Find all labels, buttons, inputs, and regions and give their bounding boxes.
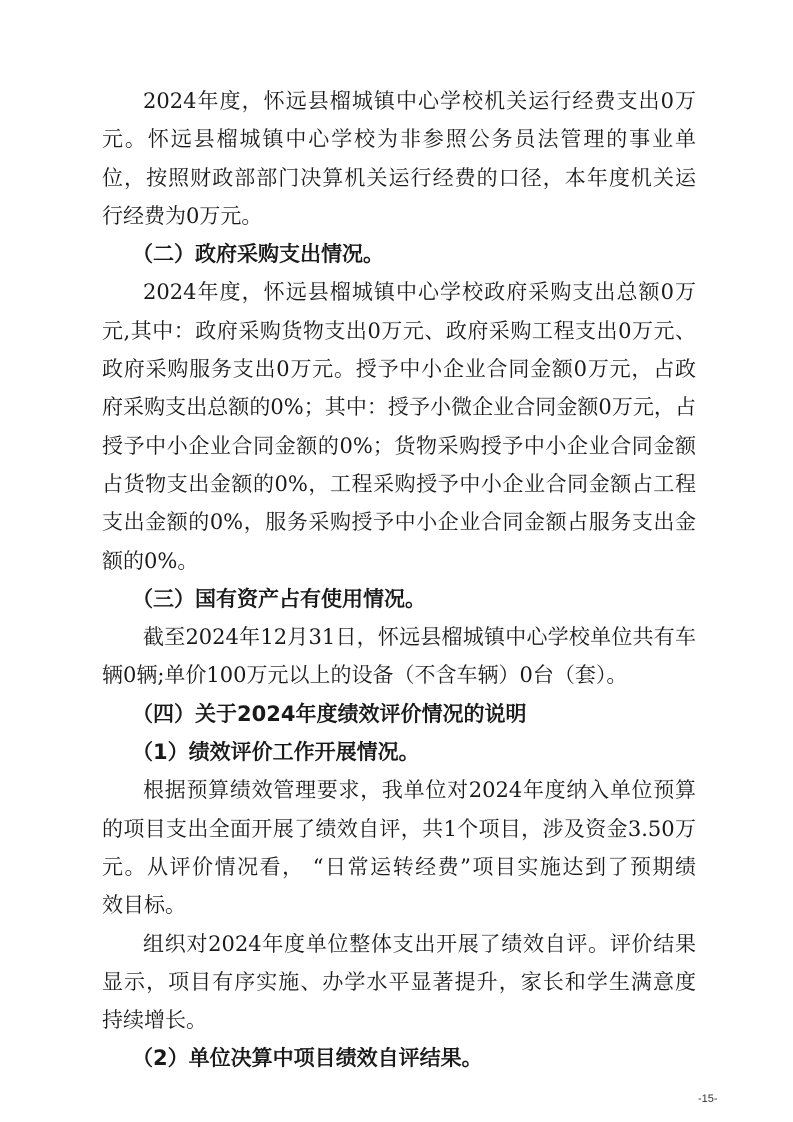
text-line: 持续增长。: [102, 1001, 696, 1039]
text-line: 根据预算绩效管理要求，我单位对2024年度纳入单位预算: [102, 771, 696, 809]
text-line: 占货物支出金额的0%，工程采购授予中小企业合同金额占工程: [102, 465, 696, 503]
text-line: 授予中小企业合同金额的0%；货物采购授予中小企业合同金额: [102, 427, 696, 465]
paragraph-procurement: 2024年度，怀远县榴城镇中心学校政府采购支出总额0万 元,其中：政府采购货物支…: [102, 273, 696, 579]
text-line: 政府采购服务支出0万元。授予中小企业合同金额0万元，占政: [102, 350, 696, 388]
paragraph-overall-evaluation: 组织对2024年度单位整体支出开展了绩效自评。评价结果 显示，项目有序实施、办学…: [102, 925, 696, 1040]
subsection-heading-self-evaluation-results: （2）单位决算中项目绩效自评结果。: [102, 1039, 696, 1077]
text-line: 行经费为0万元。: [102, 197, 696, 235]
text-line: 截至2024年12月31日，怀远县榴城镇中心学校单位共有车: [102, 618, 696, 656]
text-line: 元。从评价情况看， “日常运转经费”项目实施达到了预期绩: [102, 848, 696, 886]
text-line: 位，按照财政部部门决算机关运行经费的口径，本年度机关运: [102, 159, 696, 197]
section-heading-performance-evaluation: （四）关于2024年度绩效评价情况的说明: [102, 695, 696, 733]
page-number: -15-: [698, 1093, 718, 1105]
subsection-heading-evaluation-work: （1）绩效评价工作开展情况。: [102, 733, 696, 771]
paragraph-operating-expenses: 2024年度，怀远县榴城镇中心学校机关运行经费支出0万 元。怀远县榴城镇中心学校…: [102, 82, 696, 235]
section-heading-procurement: （二）政府采购支出情况。: [102, 235, 696, 273]
text-line: 的项目支出全面开展了绩效自评，共1个项目，涉及资金3.50万: [102, 810, 696, 848]
text-line: 效目标。: [102, 886, 696, 924]
text-line: 辆0辆;单价100万元以上的设备（不含车辆）0台（套）。: [102, 656, 696, 694]
text-line: 府采购支出总额的0%；其中：授予小微企业合同金额0万元，占: [102, 388, 696, 426]
text-line: 显示，项目有序实施、办学水平显著提升，家长和学生满意度: [102, 963, 696, 1001]
text-line: 元,其中：政府采购货物支出0万元、政府采购工程支出0万元、: [102, 312, 696, 350]
paragraph-evaluation-work: 根据预算绩效管理要求，我单位对2024年度纳入单位预算 的项目支出全面开展了绩效…: [102, 771, 696, 924]
document-page: 2024年度，怀远县榴城镇中心学校机关运行经费支出0万 元。怀远县榴城镇中心学校…: [102, 82, 696, 1078]
text-line: 组织对2024年度单位整体支出开展了绩效自评。评价结果: [102, 925, 696, 963]
text-line: 支出金额的0%，服务采购授予中小企业合同金额占服务支出金: [102, 503, 696, 541]
text-line: 额的0%。: [102, 542, 696, 580]
text-line: 元。怀远县榴城镇中心学校为非参照公务员法管理的事业单: [102, 120, 696, 158]
text-line: 2024年度，怀远县榴城镇中心学校政府采购支出总额0万: [102, 273, 696, 311]
text-line: 2024年度，怀远县榴城镇中心学校机关运行经费支出0万: [102, 82, 696, 120]
section-heading-state-assets: （三）国有资产占有使用情况。: [102, 580, 696, 618]
paragraph-state-assets: 截至2024年12月31日，怀远县榴城镇中心学校单位共有车 辆0辆;单价100万…: [102, 618, 696, 695]
